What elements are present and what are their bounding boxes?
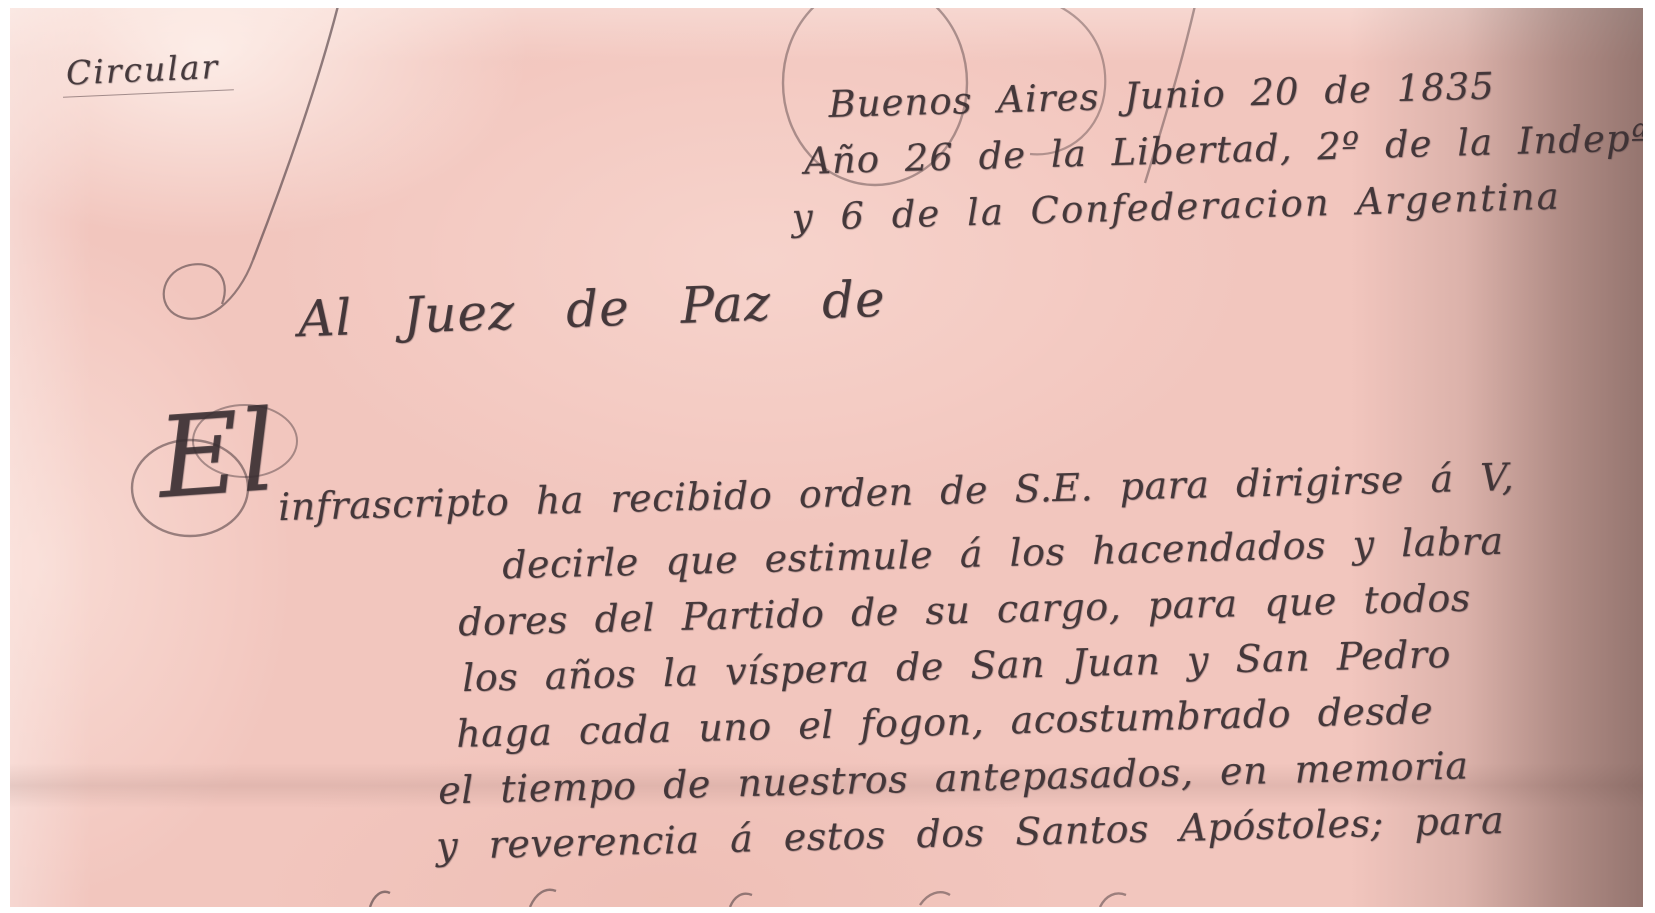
scanned-letter-page: Circular Buenos Aires Junio 20 de 1835 A… [0, 0, 1655, 913]
dateline-block: Buenos Aires Junio 20 de 1835 Año 26 de … [798, 54, 1643, 246]
body-line: haga cada uno el fogon, acostumbrado des… [456, 688, 1434, 756]
body-line: decirle que estimule á los hacendados y … [502, 519, 1504, 587]
body-line: infrascripto ha recibido orden de S.E. p… [278, 455, 1515, 529]
body-initial-letter: El [154, 386, 280, 524]
circular-label: Circular [61, 46, 234, 97]
body-line: dores del Partido de su cargo, para que … [458, 576, 1472, 645]
paper-background: Circular Buenos Aires Junio 20 de 1835 A… [10, 8, 1643, 907]
body-line: los años la víspera de San Juan y San Pe… [462, 632, 1452, 700]
cutoff-line-strokes [310, 881, 1210, 907]
